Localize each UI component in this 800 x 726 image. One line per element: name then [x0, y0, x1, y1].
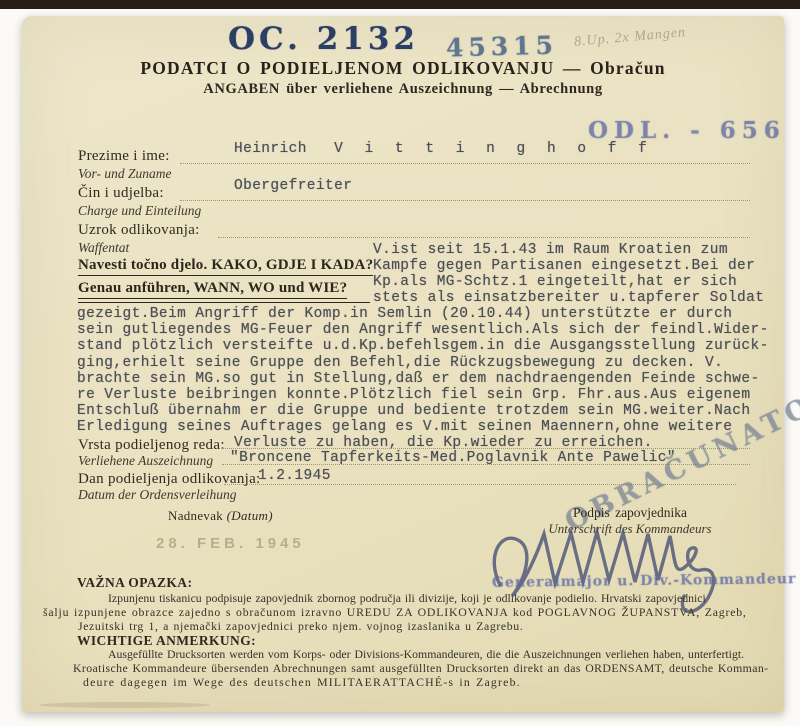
field-award-date-label-hr: Dan podieljenja odlikovanja: [78, 471, 261, 488]
note-de-line: Ausgefüllte Drucksorten werden vom Korps… [108, 647, 744, 662]
narrative-line: Kampfe gegen Partisanen eingesetzt.Bei d… [373, 258, 755, 274]
note-hr-line: Izpunjenu tiskanicu podpisuje zapovjedni… [108, 591, 706, 606]
note-hr-line: Jezuitski trg 1, a njemački zapovjednici… [78, 619, 523, 634]
note-hr-line: šalju izpunjene obrazce zajedno s obraču… [43, 605, 747, 620]
deed-prompt-second-rule [78, 302, 370, 303]
field-rank-label-de: Charge und Einteilung [78, 203, 201, 219]
document-paper: OC. 2132 45315 8.Up. 2x Mangen PODATCI O… [22, 16, 784, 712]
form-title-hr: PODATCI O PODIELJENOM ODLIKOVANJU — Obra… [22, 58, 784, 79]
narrative-line: stand plötzlich versteifte u.d.Kp.befehl… [77, 338, 769, 354]
narrative-line: Erledigung seines Auftrages gelang es V.… [77, 419, 732, 435]
narrative-line: brachte sein MG.so gut in Stellung,daß e… [77, 371, 760, 387]
date-label-hr: Nadnevak [168, 508, 223, 523]
field-rank-label-hr: Čin i udjelba: [78, 185, 164, 202]
narrative-line: Entschluß übernahm er die Gruppe und bed… [77, 403, 751, 419]
deed-prompt-hr: Navesti točno djelo. KAKO, GDJE I KADA? [78, 257, 373, 276]
name-dotted-line [180, 163, 750, 164]
odl-number-stamp: ODL. - 656 [588, 117, 786, 144]
rank-dotted-line [180, 200, 750, 201]
paper-bottom-shadow [40, 702, 210, 708]
narrative-line: stets als einsatzbereiter u.tapferer Sol… [373, 290, 764, 306]
field-award-label-de: Verliehene Auszeichnung [78, 453, 213, 469]
registry-number-stamp: OC. 2132 [228, 21, 419, 57]
field-reason-label-de: Waffentat [78, 240, 129, 256]
pencil-annotation: 8.Up. 2x Mangen [574, 25, 687, 51]
reason-dotted-line [218, 237, 750, 238]
field-name-label-hr: Prezime i ime: [78, 148, 170, 165]
first-name: Heinrich [234, 141, 307, 157]
field-award-date-value: 1.2.1945 [258, 468, 331, 484]
field-reason-label-hr: Uzrok odlikovanja: [78, 222, 200, 239]
form-title-de: ANGABEN über verliehene Auszeichnung — A… [22, 81, 784, 98]
commander-rank-stamp: Generalmajor u. Div.-Kommandeur [492, 571, 797, 591]
received-date-stamp: 28. FEB. 1945 [156, 535, 305, 552]
field-award-date-label-de: Datum der Ordensverleihung [78, 487, 236, 503]
photo-backdrop-edge [0, 0, 800, 9]
last-name: V i t t i n g h o f f [334, 141, 653, 157]
field-name-label-de: Vor- und Zuname [78, 166, 171, 182]
deed-prompt-de: Genau anführen, WANN, WO und WIE? [78, 280, 347, 299]
narrative-line: sein gutliegendes MG-Feuer den Angriff w… [77, 322, 769, 338]
narrative-line: ging,erhielt seine Gruppe den Befehl,die… [77, 355, 723, 371]
name-gap [307, 141, 334, 157]
note-de-line: Kroatische Kommandeure übersenden Abrech… [73, 661, 769, 676]
field-award-label-hr: Vrsta podieljenog reda: [78, 437, 225, 454]
award-dotted-line-1 [222, 448, 750, 449]
signature-label-hr: Podpis zapovjednika [520, 505, 740, 521]
narrative-line: V.ist seit 15.1.43 im Raum Kroatien zum [373, 242, 728, 258]
date-label-de: (Datum) [227, 508, 273, 523]
field-name-value: Heinrich V i t t i n g h o f f [234, 141, 653, 157]
narrative-line: re Verluste beibringen konnte.Plötzlich … [77, 387, 751, 403]
note-de-line: deure dagegen im Wege des deutschen MILI… [83, 675, 521, 690]
note-hr-heading: VAŽNA OPAZKA: [77, 575, 192, 591]
narrative-line: Kp.als MG-Schtz.1 eingeteilt,hat er sich [373, 274, 737, 290]
date-label: Nadnevak (Datum) [168, 508, 273, 524]
narrative-line: gezeigt.Beim Angriff der Komp.in Semlin … [77, 306, 732, 322]
field-rank-value: Obergefreiter [234, 178, 352, 194]
